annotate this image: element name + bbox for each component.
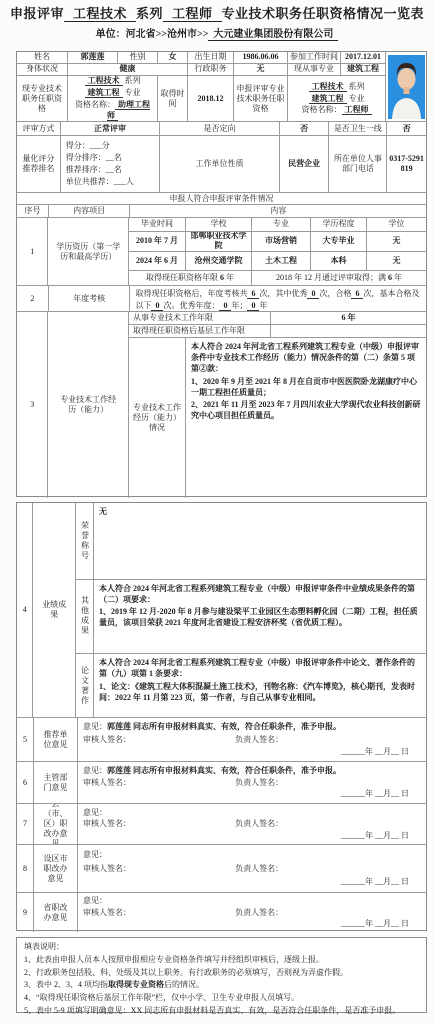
score-lines: 得分：___分 得分排序：__名 推荐排序：__名 单位共推荐：___人	[61, 136, 161, 192]
honor-label: 荣誉称号	[76, 503, 94, 579]
profession-value: 建筑工程	[341, 64, 385, 75]
papers-text: 本人符合 2024 年河北省工程系列建筑工程专业（中级）申报评审条件中论文、著作…	[94, 654, 426, 717]
row-county-office: 7 县（市、区）职改办意见 意见： 审核人签名：负责人签名： ______年 _…	[17, 804, 426, 845]
base-years-row: 取得现任职资格后基层工作年限	[129, 325, 426, 338]
title-rank-fill: 工程师	[163, 6, 222, 22]
profession-label: 现从事专业	[288, 64, 341, 75]
other-achievements-row: 其他成果 本人符合 2024 年河北省工程系列建筑工程专业（中级）申报评审条件中…	[76, 580, 426, 655]
col-content: 内容	[130, 205, 426, 217]
experience-no: 3	[17, 312, 48, 498]
lower-table: 4 业绩成果 荣誉称号 无 其他成果 本人符合 2024 年河北省工程系列建筑工…	[16, 502, 427, 931]
unit-type-value: 民营企业	[280, 136, 330, 192]
note-3: 3、表中 2、3、4 项均指取得现专业资格后的情况。	[24, 979, 419, 992]
col-no: 序号	[17, 205, 49, 217]
photo-cell	[385, 52, 426, 121]
gender-label: 性别	[118, 52, 158, 63]
county-office-label: 县（市、区）职改办意见	[34, 804, 78, 844]
hr-phone-label: 所在单位人事部门电话	[329, 136, 387, 192]
honor-text: 无	[94, 503, 426, 579]
education-row-1: 2010 年 7 月 邯郸职业技术学院 市场营销 大专毕业 无	[129, 232, 426, 252]
appraisal-no: 2	[17, 286, 49, 311]
recommend-unit-opinion: 意见：郭莲莲 同志所有申报材料真实、有效，符合任职条件，准予申报。 审核人签名：…	[78, 718, 426, 761]
education-no: 1	[17, 218, 48, 285]
row-achievements: 4 业绩成果 荣誉称号 无 其他成果 本人符合 2024 年河北省工程系列建筑工…	[17, 503, 426, 718]
achievements-label: 业绩成果	[33, 503, 76, 717]
gender-value: 女	[158, 52, 188, 63]
tenure-left: 取得现任职资格年限 6 年	[129, 271, 252, 285]
honor-row: 荣誉称号 无	[76, 503, 426, 580]
birth-label: 出生日期	[188, 52, 234, 63]
education-label: 学历资历（第一学历和最高学历）	[48, 218, 129, 285]
score-label: 量化评分推荐排名	[17, 136, 61, 192]
note-2: 2、行政职务包括股、科、处级及其以上职务。有行政职务的必须填写，否则视为弄虚作假…	[24, 967, 419, 980]
directional-label: 是否定向	[160, 122, 279, 135]
unit-label: 单位：河北省>>沧州市>>	[96, 29, 209, 40]
apply-title-label: 申报评审专业技术职务任职资格	[234, 76, 288, 121]
row-health: 身体状况 健康 行政职务 无 现从事专业 建筑工程	[17, 64, 385, 76]
city-office-label: 设区市职改办意见	[34, 845, 78, 892]
row-province-office: 9 省职改办意见 意见： 审核人签名：负责人签名： ______年 __月__ …	[17, 893, 426, 932]
conditions-header: 申报人符合申报评审条件情况	[17, 193, 426, 204]
recommend-unit-label: 推荐单位意见	[34, 718, 78, 761]
current-title-label: 现专业技术职务任职资格	[17, 76, 68, 121]
review-mode-label: 评审方式	[17, 122, 61, 135]
row-appraisal: 2 年度考核 取得现任职资格后，年度考核共6次，其中优秀0次，合格6次，基本合格…	[17, 286, 426, 312]
admin-value: 无	[234, 64, 288, 75]
achievements-no: 4	[17, 503, 33, 717]
tenure-right: 2018 年 12 月通过评审取得；满 6 年	[252, 271, 426, 285]
other-achievements-label: 其他成果	[76, 580, 94, 654]
note-5: 5、表中 5-9 项填写明确意见：XX 同志所有申报材料是否真实、有效，是否符合…	[24, 1005, 419, 1018]
join-label: 参加工作时间	[288, 52, 341, 63]
work-years-row: 从事专业技术工作年限 6 年	[129, 312, 426, 325]
other-achievements-text: 本人符合 2024 年河北省工程系列建筑工程专业（中级）申报评审条件中业绩成果条…	[94, 580, 426, 654]
title-suffix: 专业技术职务任职资格情况一览表	[222, 6, 425, 21]
papers-row: 论文著作 本人符合 2024 年河北省工程系列建筑工程专业（中级）申报评审条件中…	[76, 654, 426, 717]
health-value: 健康	[68, 64, 188, 75]
experience-detail-text: 本人符合 2024 年河北省工程系列建筑工程专业（中级）申报评审条件中专业技术工…	[186, 338, 426, 498]
appraisal-label: 年度考核	[49, 286, 131, 311]
main-table: 姓名 郭莲莲 性别 女 出生日期 1986.06.06 参加工作时间 2017.…	[16, 51, 427, 497]
form-title: 申报评审工程技术系列工程师专业技术职务任职资格情况一览表	[0, 6, 434, 22]
experience-label: 专业技术工作经历（能力）	[48, 312, 129, 498]
row-education: 1 学历资历（第一学历和最高学历） 毕业时间 学校 专业 学历程度 学位 201…	[17, 218, 426, 286]
apply-title-value: 工程技术 系列 建筑工程 专业 资格名称：工程师	[288, 76, 385, 121]
name-value: 郭莲莲	[68, 52, 118, 63]
hr-phone-value: 0317-5291819	[387, 136, 426, 192]
appraisal-text: 取得现任职资格后，年度考核共6次，其中优秀0次，合格6次，基本合格及以下0次。优…	[130, 286, 426, 311]
col-item: 内容项目	[49, 205, 131, 217]
obtain-time-label: 取得时间	[158, 76, 188, 121]
note-1: 1、此表由申报人员本人按照申报相应专业资格条件填写并经组织审核后，逐级上报。	[24, 954, 419, 967]
row-name: 姓名 郭莲莲 性别 女 出生日期 1986.06.06 参加工作时间 2017.…	[17, 52, 385, 64]
title-series-label: 系列	[136, 6, 163, 21]
row-city-office: 8 设区市职改办意见 意见： 审核人签名：负责人签名： ______年 __月_…	[17, 845, 426, 893]
experience-detail-row: 专业技术工作经历（能力）情况 本人符合 2024 年河北省工程系列建筑工程专业（…	[129, 338, 426, 498]
row-score: 量化评分推荐排名 得分：___分 得分排序：__名 推荐排序：__名 单位共推荐…	[17, 136, 426, 193]
supervisor-dept-label: 主管部门意见	[34, 762, 78, 803]
city-office-opinion: 意见： 审核人签名：负责人签名： ______年 __月__ 日	[78, 845, 426, 892]
row-recommend-unit: 5 推荐单位意见 意见：郭莲莲 同志所有申报材料真实、有效，符合任职条件，准予申…	[17, 718, 426, 762]
row-supervisor-dept: 6 主管部门意见 意见：郭莲莲 同志所有申报材料真实、有效，符合任职条件，准予申…	[17, 762, 426, 804]
experience-detail-label: 专业技术工作经历（能力）情况	[129, 338, 186, 498]
notes-title: 填表说明：	[24, 941, 419, 954]
supervisor-dept-opinion: 意见：郭莲莲 同志所有申报材料真实、有效，符合任职条件，准予申报。 审核人签名：…	[78, 762, 426, 803]
admin-label: 行政职务	[188, 64, 234, 75]
row-review-mode: 评审方式 正常评审 是否定向 否 是否卫生一线 否	[17, 122, 426, 136]
id-photo	[388, 55, 425, 119]
unit-company: 大元建业集团股份有限公司	[208, 29, 338, 41]
education-header: 毕业时间 学校 专业 学历程度 学位	[129, 218, 426, 232]
province-office-label: 省职改办意见	[34, 893, 78, 932]
notes-box: 填表说明： 1、此表由申报人员本人按照申报相应专业资格条件填写并经组织审核后，逐…	[16, 937, 427, 1013]
conditions-columns-row: 序号 内容项目 内容	[17, 205, 426, 218]
unit-type-label: 工作单位性质	[160, 136, 279, 192]
unit-line: 单位：河北省>>沧州市>>大元建业集团股份有限公司	[0, 29, 434, 42]
join-value: 2017.12.01	[341, 52, 385, 63]
title-series-fill: 工程技术	[64, 6, 136, 22]
birth-value: 1986.06.06	[234, 52, 288, 63]
obtain-time-value: 2018.12	[188, 76, 234, 121]
current-title-value: 工程技术 系列 建筑工程 专业 资格名称：助理工程师	[68, 76, 158, 121]
note-4: 4、“取得现任职资格后基层工作年限”栏，仅中小学、卫生专业申报人员填写。	[24, 992, 419, 1005]
health-label: 身体状况	[17, 64, 68, 75]
directional-value: 否	[280, 122, 330, 135]
province-office-opinion: 意见： 审核人签名：负责人签名： ______年 __月__ 日	[78, 893, 426, 932]
education-row-2: 2024 年 6 月 沧州交通学院 土木工程 本科 无	[129, 252, 426, 272]
county-office-opinion: 意见： 审核人签名：负责人签名： ______年 __月__ 日	[78, 804, 426, 844]
title-prefix: 申报评审	[10, 6, 64, 21]
education-tenure-row: 取得现任职资格年限 6 年 2018 年 12 月通过评审取得；满 6 年	[129, 271, 426, 285]
name-label: 姓名	[17, 52, 68, 63]
row-experience: 3 专业技术工作经历（能力） 从事专业技术工作年限 6 年 取得现任职资格后基层…	[17, 312, 426, 498]
papers-label: 论文著作	[76, 654, 94, 717]
frontline-label: 是否卫生一线	[329, 122, 387, 135]
conditions-header-row: 申报人符合申报评审条件情况	[17, 193, 426, 205]
frontline-value: 否	[387, 122, 426, 135]
row-qualification: 现专业技术职务任职资格 工程技术 系列 建筑工程 专业 资格名称：助理工程师 取…	[17, 76, 385, 121]
form-page: 申报评审工程技术系列工程师专业技术职务任职资格情况一览表 单位：河北省>>沧州市…	[0, 0, 434, 1024]
review-mode-value: 正常评审	[61, 122, 161, 135]
